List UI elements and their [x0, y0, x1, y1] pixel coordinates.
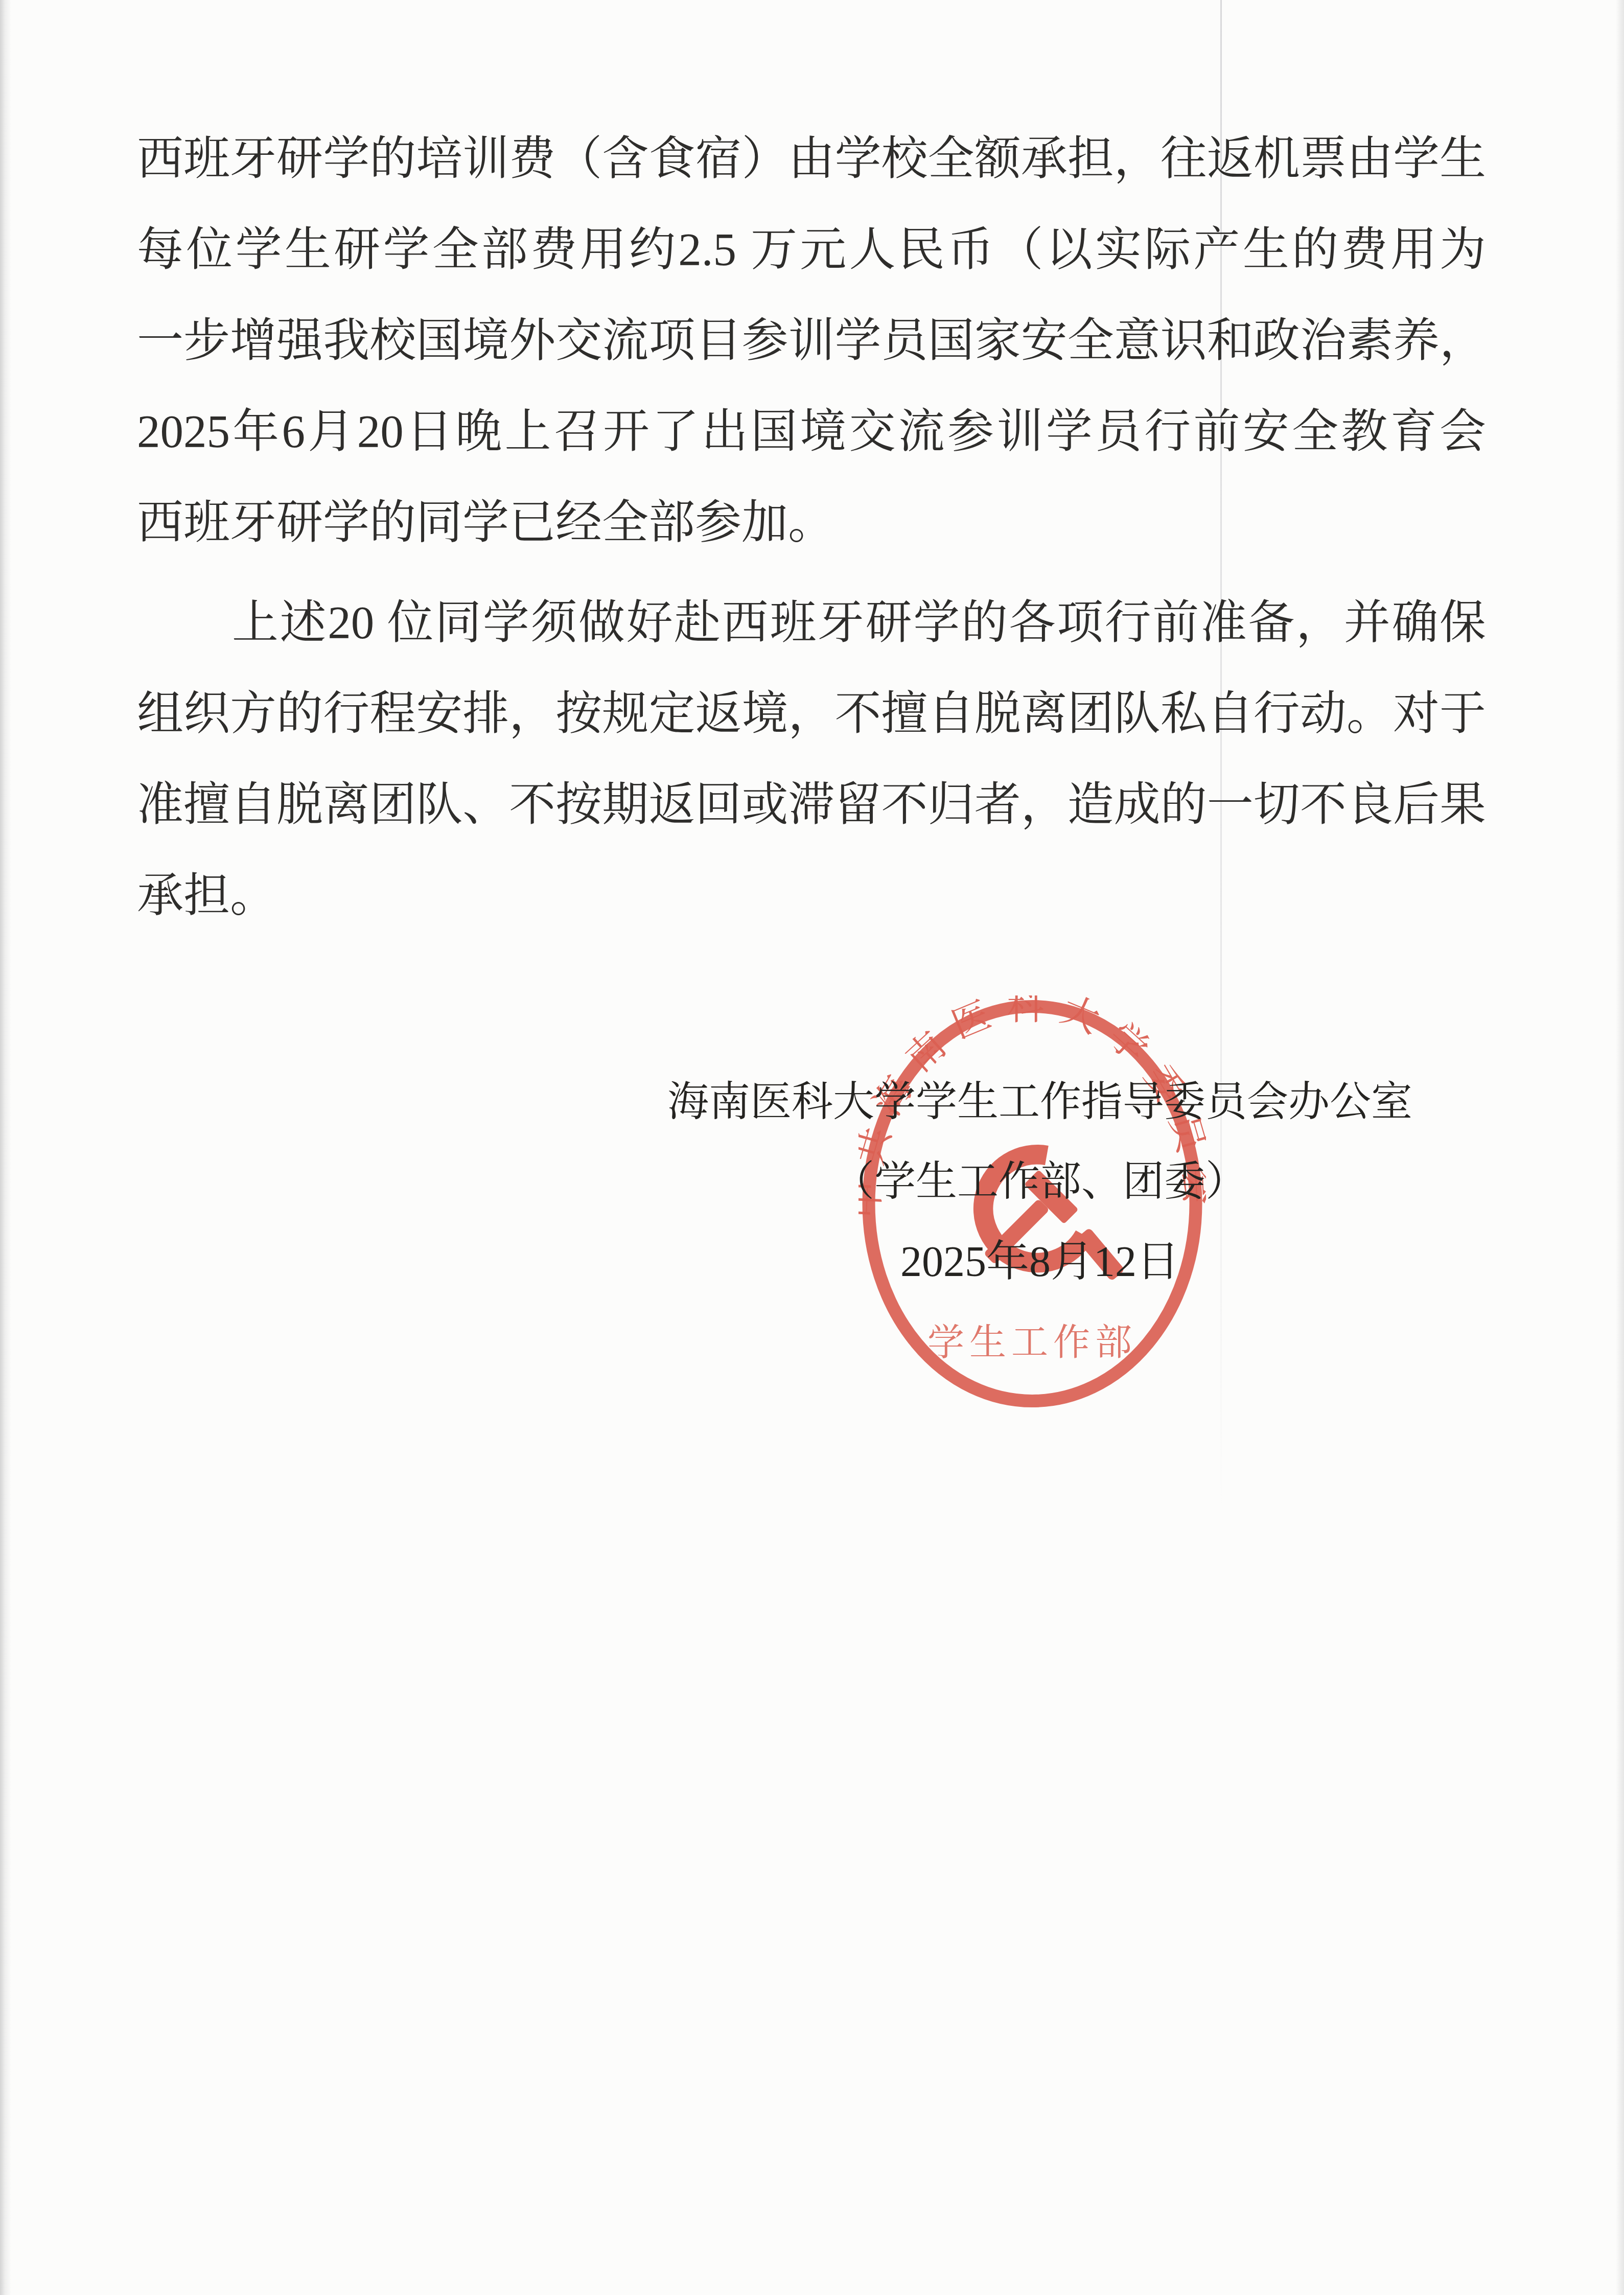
text-line: 一步增强我校国境外交流项目参训学员国家安全意识和政治素养，学校已于: [137, 295, 1486, 386]
signature-date: 2025年8月12日: [646, 1234, 1433, 1291]
paragraph-requirements: 上述20 位同学须做好赴西班牙研学的各项行前准备，并确保服从活动 组织方的行程安…: [137, 577, 1486, 941]
seal-bottom-text: 学生工作部: [927, 1322, 1137, 1363]
signature-block: 海南医科大学学生工作指导委员会办公室 （学生工作部、团委） 2025年8月12日: [646, 1073, 1433, 1291]
text-line: 西班牙研学的培训费（含食宿）由学校全额承担，往返机票由学生自己承担，: [137, 113, 1486, 204]
scan-edge-left: [0, 0, 11, 2295]
document-page: 西班牙研学的培训费（含食宿）由学校全额承担，往返机票由学生自己承担， 每位学生研…: [0, 0, 1624, 2295]
text-line: 准擅自脱离团队、不按期返回或滞留不归者，造成的一切不良后果由学生本人: [137, 759, 1486, 850]
scan-edge-right: [1616, 0, 1624, 2295]
text-line: 2025年6月20日晚上召开了出国境交流参训学员行前安全教育会议，本次赴: [137, 386, 1486, 477]
text-line: 西班牙研学的同学已经全部参加。: [137, 477, 1486, 568]
text-line: 承担。: [137, 850, 1486, 941]
text-line: 上述20 位同学须做好赴西班牙研学的各项行前准备，并确保服从活动: [137, 577, 1486, 668]
text-line: 组织方的行程安排，按规定返境，不擅自脱离团队私自行动。对于未经学校批: [137, 668, 1486, 759]
signature-departments: （学生工作部、团委）: [646, 1153, 1433, 1210]
paragraph-fees-and-safety: 西班牙研学的培训费（含食宿）由学校全额承担，往返机票由学生自己承担， 每位学生研…: [137, 113, 1486, 568]
signature-office-name: 海南医科大学学生工作指导委员会办公室: [646, 1073, 1433, 1130]
text-line: 每位学生研学全部费用约2.5 万元人民币（以实际产生的费用为准）。为进: [137, 204, 1486, 295]
